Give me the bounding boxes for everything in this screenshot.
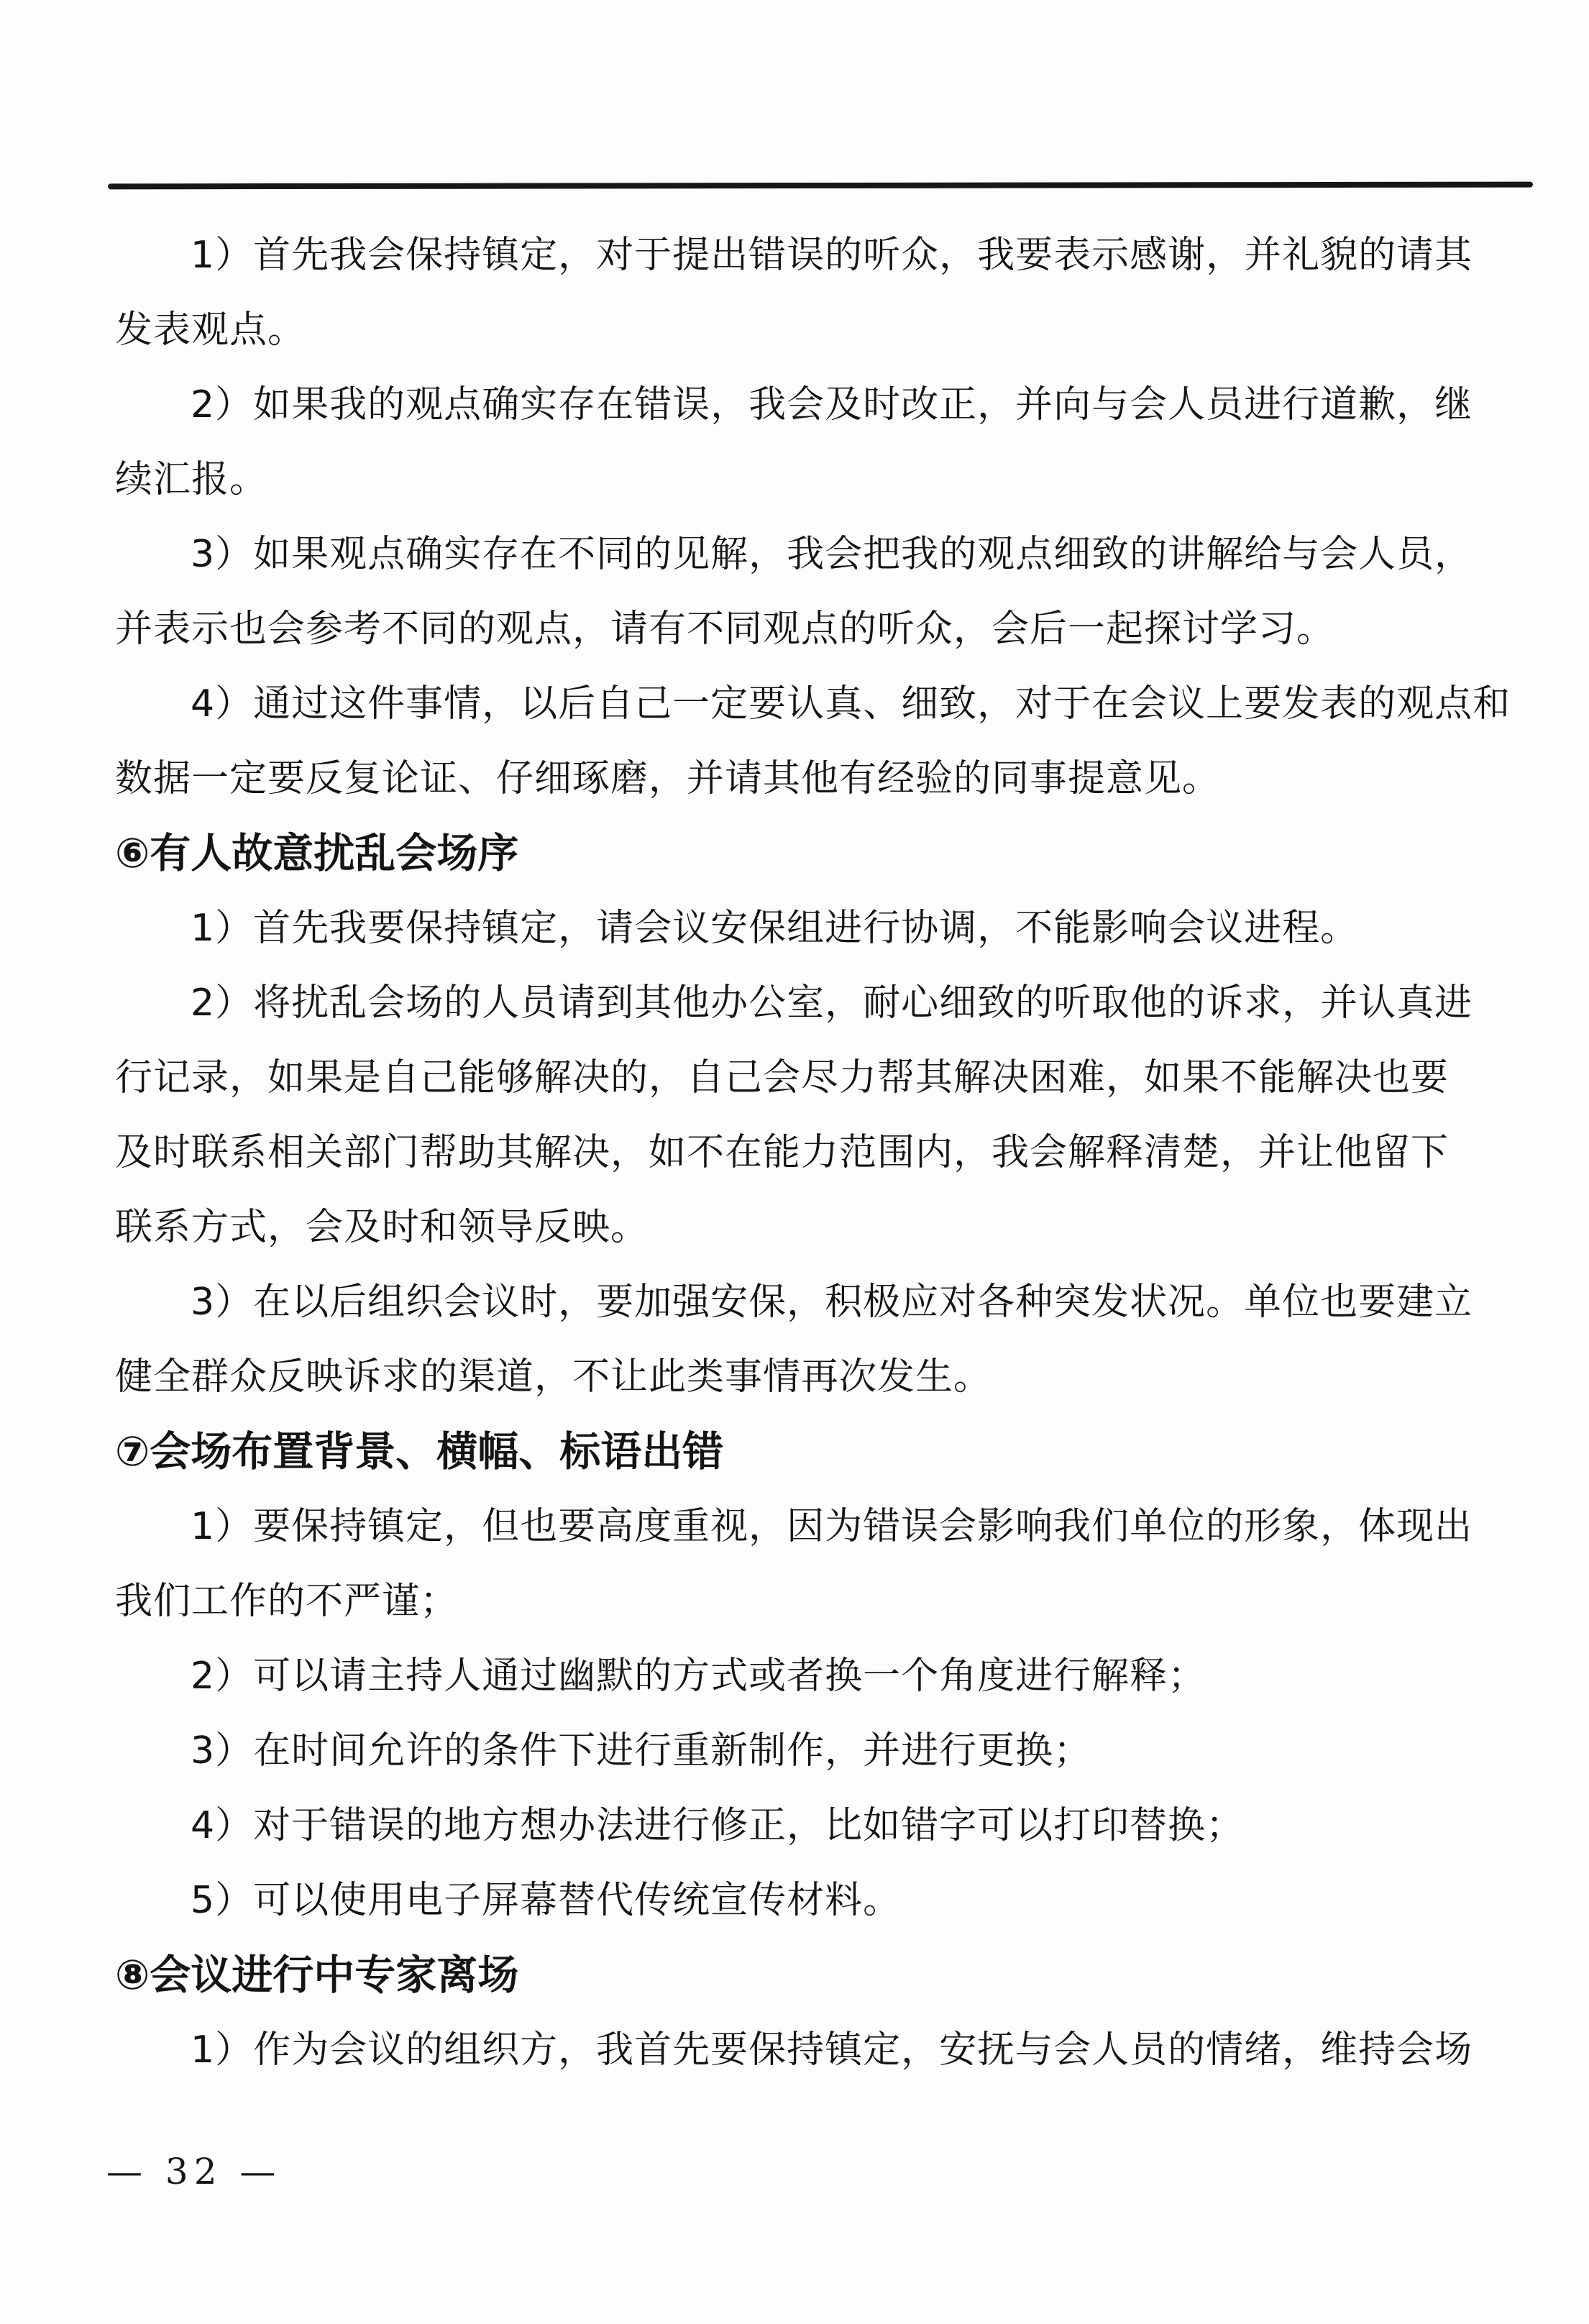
document-page: 1）首先我会保持镇定，对于提出错误的听众，我要表示感谢，并礼貌的请其 发表观点。… — [0, 0, 1589, 2324]
text-line: 行记录，如果是自己能够解决的，自己会尽力帮其解决困难，如果不能解决也要 — [115, 1040, 1530, 1115]
text-line: 2）将扰乱会场的人员请到其他办公室，耐心细致的听取他的诉求，并认真进 — [115, 966, 1530, 1040]
document-text-block: 1）首先我会保持镇定，对于提出错误的听众，我要表示感谢，并礼貌的请其 发表观点。… — [115, 218, 1530, 2087]
text-line: 2）如果我的观点确实存在错误，我会及时改正，并向与会人员进行道歉，继 — [115, 367, 1530, 442]
text-line: 4）对于错误的地方想办法进行修正，比如错字可以打印替换； — [115, 1788, 1530, 1863]
text-line: 续汇报。 — [115, 442, 1530, 517]
text-line: 3）在时间允许的条件下进行重新制作，并进行更换； — [115, 1714, 1530, 1788]
text-line: 1）首先我要保持镇定，请会议安保组进行协调，不能影响会议进程。 — [115, 891, 1530, 966]
text-line: 数据一定要反复论证、仔细琢磨，并请其他有经验的同事提意见。 — [115, 741, 1530, 816]
text-line: 1）作为会议的组织方，我首先要保持镇定，安抚与会人员的情绪，维持会场 — [115, 2013, 1530, 2087]
text-line: 1）首先我会保持镇定，对于提出错误的听众，我要表示感谢，并礼貌的请其 — [115, 218, 1530, 293]
text-line: 3）在以后组织会议时，要加强安保，积极应对各种突发状况。单位也要建立 — [115, 1265, 1530, 1340]
section-heading-6: ⑥有人故意扰乱会场序 — [115, 816, 1530, 891]
text-line: 3）如果观点确实存在不同的见解，我会把我的观点细致的讲解给与会人员， — [115, 517, 1530, 592]
text-line: 我们工作的不严谨； — [115, 1564, 1530, 1639]
text-line: 联系方式，会及时和领导反映。 — [115, 1190, 1530, 1265]
text-line: 5）可以使用电子屏幕替代传统宣传材料。 — [115, 1863, 1530, 1938]
text-line: 并表示也会参考不同的观点，请有不同观点的听众，会后一起探讨学习。 — [115, 592, 1530, 667]
section-heading-8: ⑧会议进行中专家离场 — [115, 1938, 1530, 2013]
page-number: — 32 — — [106, 2146, 281, 2197]
text-line: 2）可以请主持人通过幽默的方式或者换一个角度进行解释； — [115, 1639, 1530, 1714]
header-rule — [108, 182, 1533, 190]
text-line: 及时联系相关部门帮助其解决，如不在能力范围内，我会解释清楚，并让他留下 — [115, 1115, 1530, 1190]
text-line: 健全群众反映诉求的渠道，不让此类事情再次发生。 — [115, 1340, 1530, 1414]
text-line: 4）通过这件事情，以后自己一定要认真、细致，对于在会议上要发表的观点和 — [115, 667, 1530, 741]
text-line: 发表观点。 — [115, 293, 1530, 367]
section-heading-7: ⑦会场布置背景、横幅、标语出错 — [115, 1414, 1530, 1489]
text-line: 1）要保持镇定，但也要高度重视，因为错误会影响我们单位的形象，体现出 — [115, 1489, 1530, 1564]
